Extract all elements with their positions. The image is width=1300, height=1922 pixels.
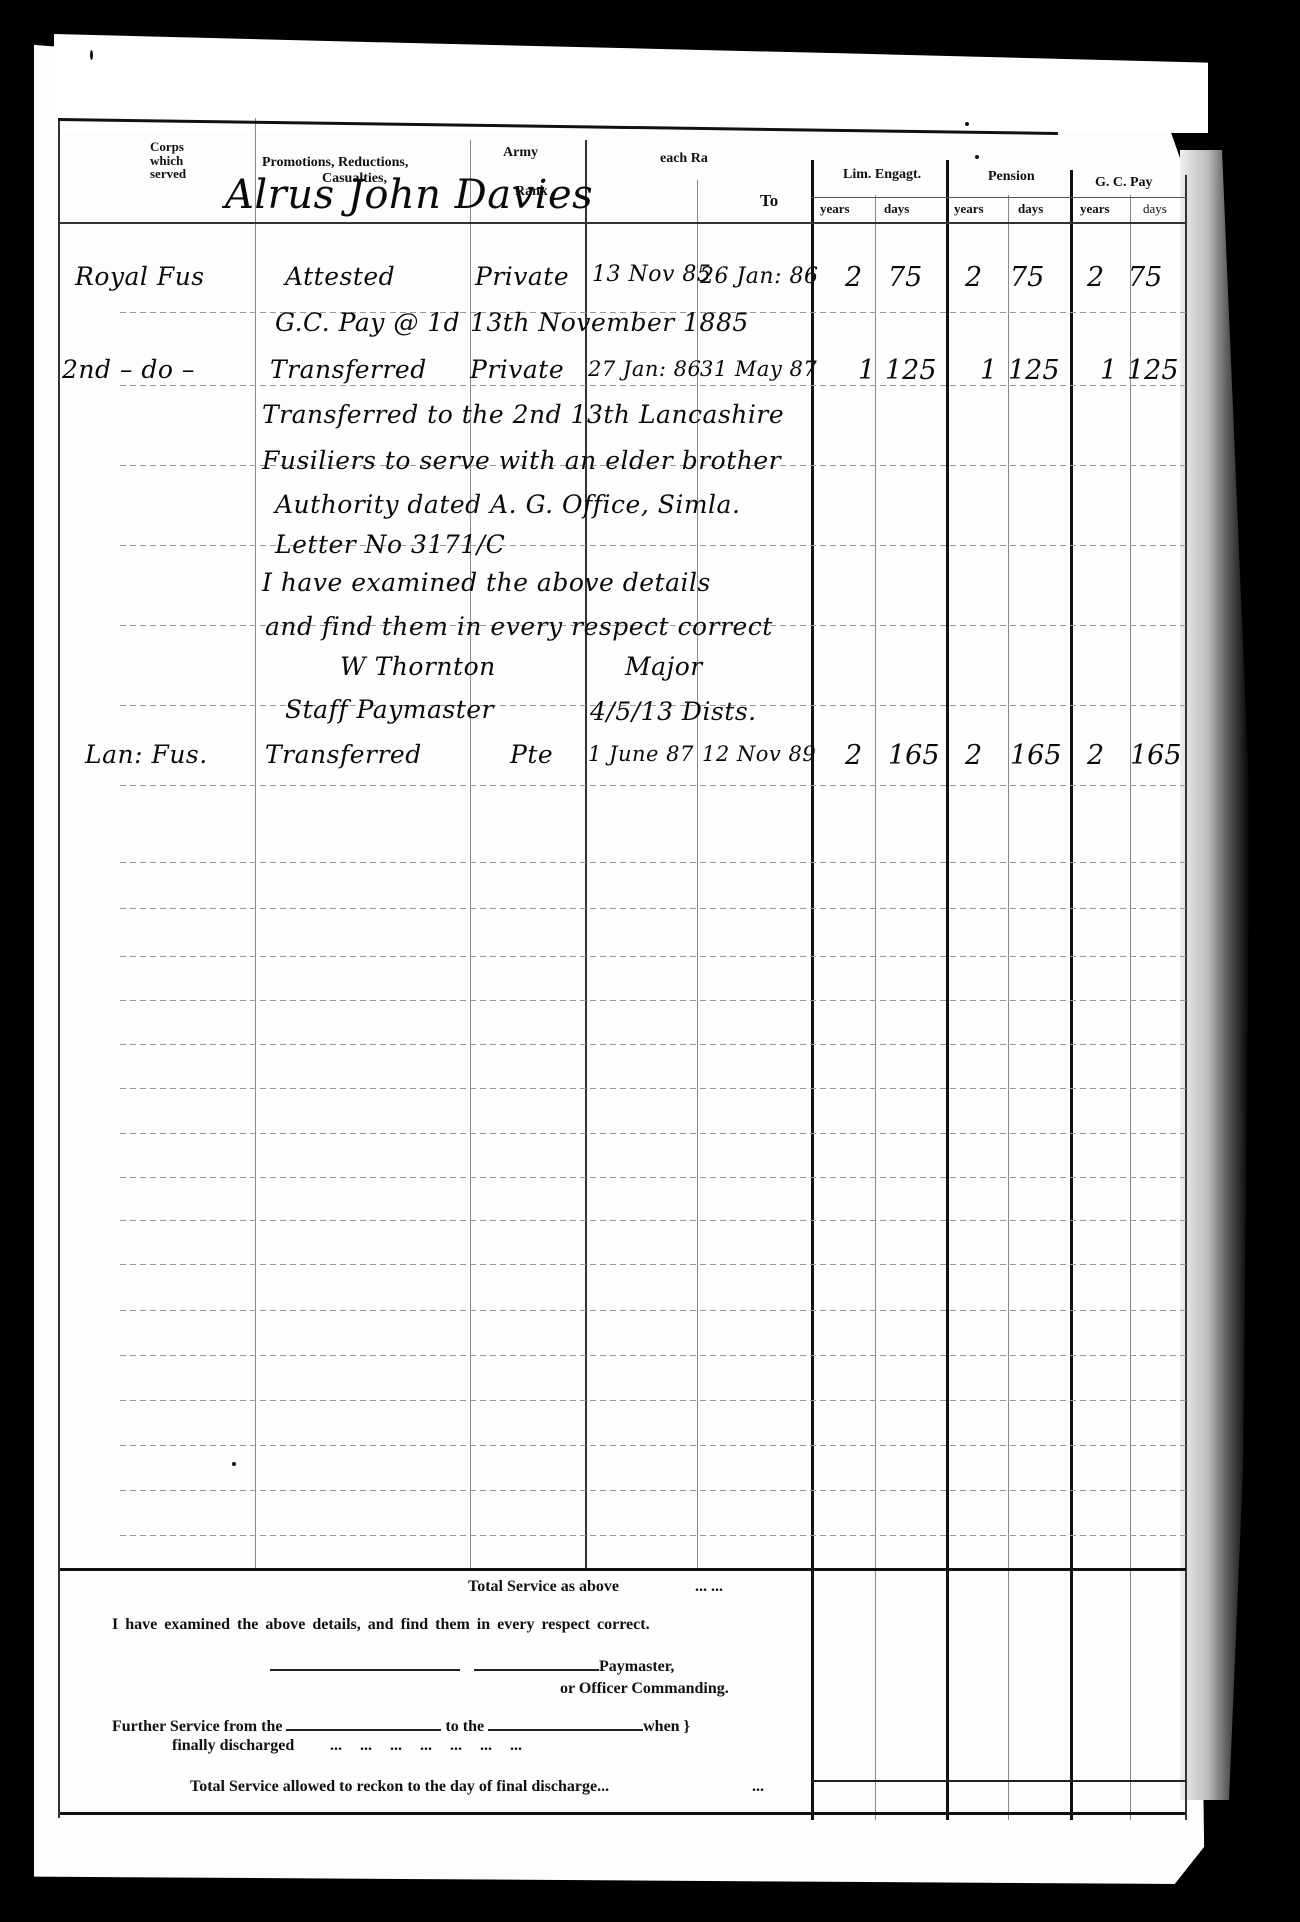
lim-years: 1 xyxy=(858,355,875,386)
ink-speck xyxy=(232,1462,236,1466)
ruled-line xyxy=(120,1133,1186,1134)
gc-days: 165 xyxy=(1130,740,1182,771)
gc-years: 1 xyxy=(1100,355,1117,386)
header-gc-years: years xyxy=(1080,202,1110,216)
examined-statement: I have examined the above details, and f… xyxy=(112,1616,650,1634)
total-allowed-dots: ... xyxy=(752,1778,764,1796)
rule-table-bottom xyxy=(60,1568,1186,1571)
when-label: when xyxy=(643,1718,679,1735)
entry-to: 31 May 87 xyxy=(700,357,817,381)
entry-rank: Private xyxy=(475,262,569,291)
header-promotions: Promotions, Reductions, xyxy=(262,156,408,171)
rule-right xyxy=(1185,175,1187,1820)
pension-days: 165 xyxy=(1010,740,1062,771)
rule-lim xyxy=(811,160,814,1820)
pension-days: 125 xyxy=(1008,355,1060,386)
paymaster-signature-blank-2 xyxy=(474,1668,599,1671)
lim-years: 2 xyxy=(845,262,862,293)
ruled-line xyxy=(120,1310,1186,1311)
rule-gc xyxy=(1070,170,1073,1820)
signature-rank: Major xyxy=(625,652,703,681)
entry-rank: Pte xyxy=(510,740,553,769)
entry-event: G.C. Pay @ 1d xyxy=(275,308,460,337)
rule-corps xyxy=(255,118,256,1568)
entry-event: Transferred xyxy=(265,740,422,769)
ruled-line xyxy=(120,1000,1186,1001)
header-lim-days: days xyxy=(884,202,909,216)
total-service-label: Total Service as above xyxy=(468,1578,619,1596)
officer-commanding-label: or Officer Commanding. xyxy=(560,1680,729,1698)
ruled-line xyxy=(120,1088,1186,1089)
entry-from: 13 Nov 85 xyxy=(592,262,711,287)
rule-gc-days xyxy=(1130,195,1131,1820)
rule-pension xyxy=(946,160,949,1820)
entry-rank: Private xyxy=(470,355,564,384)
lim-days: 165 xyxy=(888,740,940,771)
rule-header-bottom xyxy=(58,222,1186,224)
header-lim-years: years xyxy=(820,202,850,216)
paymaster-signature-blank xyxy=(270,1668,460,1671)
ruled-line xyxy=(120,956,1186,957)
note-line: Letter No 3171/C xyxy=(275,530,505,559)
gc-years: 2 xyxy=(1087,262,1104,293)
entry-corps: Lan: Fus. xyxy=(85,740,208,769)
ruled-line xyxy=(120,1220,1186,1221)
pension-years: 1 xyxy=(980,355,997,386)
note-line: Fusiliers to serve with an elder brother xyxy=(262,446,781,475)
signature-title: Staff Paymaster xyxy=(285,695,494,724)
certification-line: and find them in every respect correct xyxy=(265,612,773,641)
further-service-line: Further Service from the to the when } xyxy=(112,1718,690,1736)
header-corps: Corps which served xyxy=(150,140,186,181)
ink-speck xyxy=(90,50,93,60)
header-each-rank: each Ra xyxy=(660,152,708,167)
ruled-line xyxy=(120,785,1186,786)
header-army: Army xyxy=(503,146,538,161)
note-line: Transferred to the 2nd 13th Lancashire xyxy=(262,400,784,429)
total-allowed-label: Total Service allowed to reckon to the d… xyxy=(190,1778,609,1796)
ruled-line xyxy=(120,1177,1186,1178)
header-to: To xyxy=(760,192,778,210)
entry-to: 12 Nov 89 xyxy=(702,742,816,766)
note-line: Authority dated A. G. Office, Simla. xyxy=(275,490,740,519)
discharge-dots: ... ... ... ... ... ... ... xyxy=(330,1737,522,1755)
certification-line: I have examined the above details xyxy=(262,568,711,597)
paymaster-label: Paymaster, xyxy=(599,1658,674,1675)
ruled-line xyxy=(120,1400,1186,1401)
gc-days: 75 xyxy=(1128,262,1162,293)
further-service-label: Further Service from the xyxy=(112,1718,282,1735)
ruled-line xyxy=(120,1355,1186,1356)
ruled-line xyxy=(120,862,1186,863)
entry-corps: Royal Fus xyxy=(75,262,205,291)
entry-from: 13th November 1885 xyxy=(470,308,749,337)
ruled-line xyxy=(120,1044,1186,1045)
total-service-dots: ... ... xyxy=(695,1578,723,1596)
entry-event: Attested xyxy=(285,262,395,291)
entry-event: Transferred xyxy=(270,355,427,384)
header-gc-days: days xyxy=(1143,202,1167,216)
finally-discharged-label: finally discharged xyxy=(172,1737,294,1755)
pension-years: 2 xyxy=(965,740,982,771)
gc-years: 2 xyxy=(1087,740,1104,771)
ink-speck xyxy=(965,122,969,126)
signature: W Thornton xyxy=(340,652,496,681)
ruled-line xyxy=(120,1264,1186,1265)
entry-corps: 2nd – do – xyxy=(62,355,195,384)
rule-subheader xyxy=(811,197,1186,198)
ruled-line xyxy=(120,1535,1186,1536)
entry-to: 26 Jan: 86 xyxy=(700,264,819,289)
entry-from: 1 June 87 xyxy=(588,742,694,766)
further-from-blank xyxy=(286,1728,441,1731)
lim-days: 125 xyxy=(885,355,937,386)
header-gc-pay: G. C. Pay xyxy=(1095,176,1153,191)
signature-unit: 4/5/13 Dists. xyxy=(590,697,757,726)
header-lim-engagt: Lim. Engagt. xyxy=(843,168,921,183)
rule-from xyxy=(697,180,698,1570)
ruled-line xyxy=(120,1445,1186,1446)
header-pension-days: days xyxy=(1018,202,1043,216)
ink-speck xyxy=(975,155,979,159)
pension-years: 2 xyxy=(965,262,982,293)
rule-left xyxy=(58,118,60,1818)
paymaster-line: Paymaster, xyxy=(270,1658,674,1676)
entry-from: 27 Jan: 86 xyxy=(588,357,701,381)
rule-pension-days xyxy=(1008,195,1009,1820)
header-pension-years: years xyxy=(954,202,984,216)
soldier-name: Alrus John Davies xyxy=(225,172,593,218)
lim-days: 75 xyxy=(888,262,922,293)
further-to-blank xyxy=(488,1728,643,1731)
header-pension: Pension xyxy=(988,170,1035,185)
rule-footer-bottom xyxy=(60,1812,1186,1815)
rule-lim-days xyxy=(875,195,876,1820)
ruled-line xyxy=(120,908,1186,909)
ruled-line xyxy=(120,1490,1186,1491)
gc-days: 125 xyxy=(1127,355,1179,386)
torn-page-edge xyxy=(1180,150,1250,1800)
rule-footer-cells xyxy=(811,1780,1186,1782)
to-the-label: to the xyxy=(445,1718,484,1735)
pension-days: 75 xyxy=(1010,262,1044,293)
lim-years: 2 xyxy=(845,740,862,771)
